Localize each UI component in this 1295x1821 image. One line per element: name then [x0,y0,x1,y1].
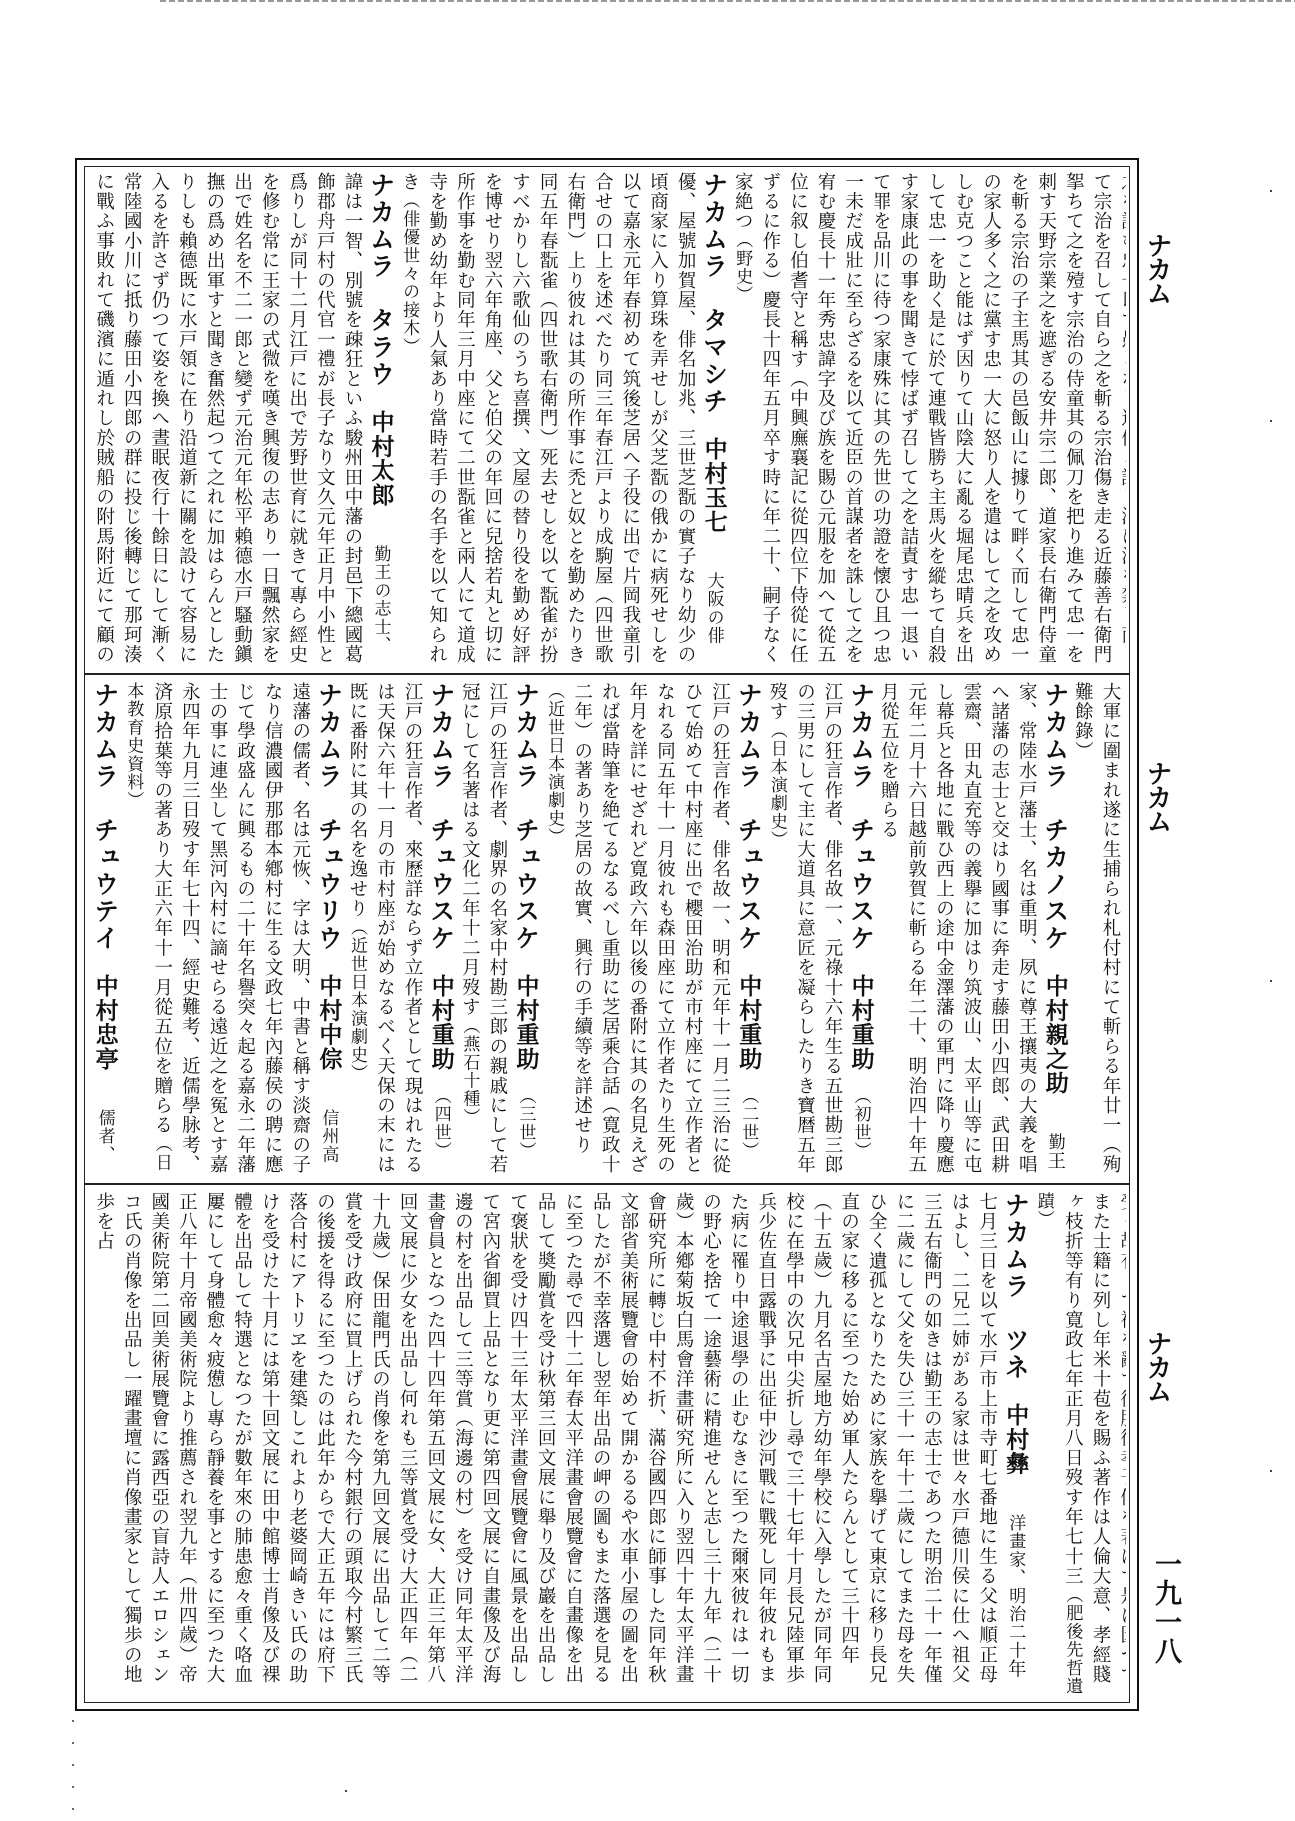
entry-heading-kanji: 中村重助 [428,974,455,1071]
entry-heading-kana: ナカムラ チュウスケ [734,682,763,952]
entry-heading-kana: ナカムラ チュウスケ [427,682,456,952]
scan-speck [1270,1470,1272,1472]
index-tab-bottom: ナカム [1146,1330,1176,1402]
scan-speck [1270,190,1272,192]
entry-heading-kanji: 中村忠亭 [92,974,119,1071]
entry-heading-kana: ナカムラ ツネ [1001,1192,1030,1381]
entry-edition: （二世） [738,1087,758,1160]
entry-body: 優、屋號加賀屋、俳名加兆、三世芝翫の實子なり幼少の頃商家に入り算珠を弄せしが父芝… [399,172,696,665]
entry-heading-kana: ナカムラ チカノスケ [1041,682,1070,952]
section-top-text: 之を諫む忠一以て愚となし近侍と議し湯に酒を禁じ而して宗治を召して自ら之を斬る宗治… [90,172,1126,668]
entry-heading-kana: ナカムラ タマシチ [700,172,729,415]
entry-heading-kanji: 中村玉七 [701,437,728,534]
section-divider-2 [84,1183,1130,1185]
entry-heading-kanji: 中村彝 [1002,1403,1029,1476]
continuation-text: 大軍に圍まれ遂に生捕られ札付村にて斬らる年廿一（殉難餘錄） [1072,682,1121,1175]
page-number: 一九一八 [1146,1550,1185,1666]
entry-heading-kana: ナカムラ チュウリウ [314,682,343,952]
entry-body: 遠藩の儒者、名は元恢、字は大明、中書と稱す淡齋の子なり信濃國伊那郡本鄕村に生る文… [152,682,311,1175]
scan-speck [1270,420,1272,422]
entry-heading-kana: ナカムラ タラウ [367,172,396,388]
section-top: 之を諫む忠一以て愚となし近侍と議し湯に酒を禁じ而して宗治を召して自ら之を斬る宗治… [90,172,1126,668]
entry-body: 年七月三日を以て水戸市上市寺町七番地に生る父は順正母はよし、二兄二姉がある家は世… [94,1192,1027,1685]
index-tab-top: ナカム [1146,232,1176,304]
entry-edition: （初世） [851,1087,871,1160]
entry-edition: （三世） [516,1087,536,1160]
citation: （近世日本演劇史） [544,682,564,846]
entry-note: 大阪の俳 [704,572,724,645]
citation: （野史） [732,231,752,304]
citation: （燕石十種） [459,1017,479,1126]
entry-edition: （四世） [431,1087,451,1160]
entry-heading-kanji: 中村太郎 [368,410,395,507]
entry-note: 信州高 [318,1109,338,1164]
citation: （近世日本演劇史） [347,918,367,1082]
entry-heading-kana: ナカムラ チュウスケ [847,682,876,952]
citation: （俳優世々の接木） [399,192,419,356]
section-bottom-text: 肥後熊本藩士、名は正尊、通稱は忠助、業を大塚退野に受く故有りて祿を辭す後肥後孝子… [90,1192,1126,1697]
index-tab-middle: ナカム [1146,760,1176,832]
entry-note: 洋畫家、明治二十 [1005,1514,1025,1660]
entry-heading-kanji: 中村親之助 [1042,974,1069,1095]
entry-heading-kana: ナカムラ チュウテイ [91,682,120,952]
scan-edge-noise [160,0,1295,2]
entry-heading-kanji: 中村中倧 [315,974,342,1071]
entry-note: 勤王の志士、 [371,545,391,654]
scan-speck [1270,980,1272,982]
entry-heading-kanji: 中村重助 [513,974,540,1071]
entry-body: 江戸の狂言作者、俳名故一、明和元年十一月二三治に從ひて始めて中村座に出で櫻田治助… [572,682,731,1175]
section-middle: 大軍に圍まれ遂に生捕られ札付村にて斬らる年廿一（殉難餘錄） ナカムラ チカノスケ… [90,682,1126,1178]
entry-body: 王家、常陸水戸藩士、名は重明、夙に尊王攘夷の大義を唱へ諸藩の志士と交はり國事に奔… [878,682,1066,1175]
entry-note: 儒者、 [95,1109,115,1164]
citation: （日本演劇史） [767,721,787,848]
continuation-text: 之を諫む忠一以て愚となし近侍と議し湯に酒を禁じ而して宗治を召して自ら之を斬る宗治… [732,172,1126,665]
entry-body: 諱は一智、別號を疎狂といふ駿州田中藩の封邑下總國葛飾郡舟戸村の代官一禮が長子なり… [94,172,363,665]
entry-heading-kana: ナカムラ チュウスケ [512,682,541,952]
section-bottom: 肥後熊本藩士、名は正尊、通稱は忠助、業を大塚退野に受く故有りて祿を辭す後肥後孝子… [90,1192,1126,1697]
entry-heading-kanji: 中村重助 [735,974,762,1071]
entry-heading-kanji: 中村重助 [848,974,875,1071]
scan-margin-dots [72,1720,74,1810]
scan-speck [345,1790,347,1792]
entry-note: 勤 [1045,1133,1065,1151]
section-middle-text: 大軍に圍まれ遂に生捕られ札付村にて斬らる年廿一（殉難餘錄） ナカムラ チカノスケ… [90,682,1124,1178]
section-divider-1 [84,673,1130,675]
